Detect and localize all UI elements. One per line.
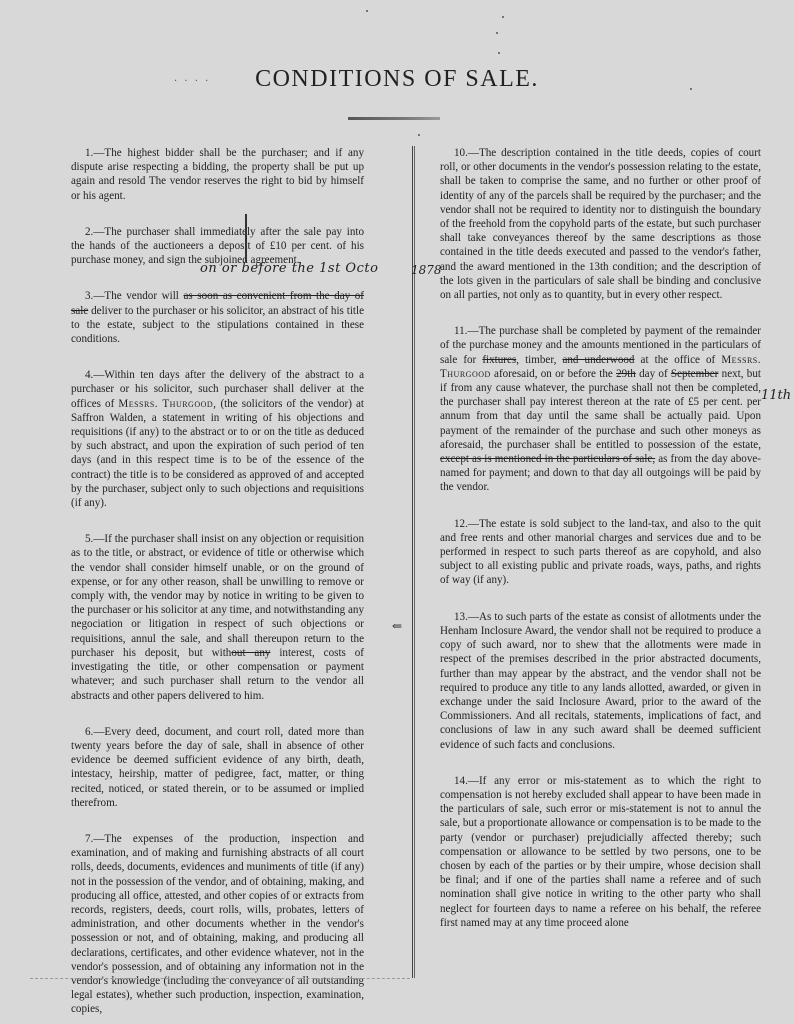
clause-text: —The description contained in the title … [440, 147, 761, 301]
scan-speck [496, 32, 498, 34]
document-page: · · · · CONDITIONS OF SALE. 1.—The highe… [0, 0, 794, 1024]
left-column: 1.—The highest bidder shall be the purch… [71, 146, 364, 1017]
struck-text: September [671, 368, 718, 380]
bottom-edge-mark [30, 978, 410, 979]
handwritten-margin-clause-11: 11th [761, 388, 791, 403]
struck-text: out any [231, 647, 270, 659]
clause-text: —Every deed, document, and court roll, d… [71, 726, 364, 809]
clause-text: —The estate is sold subject to the land-… [440, 518, 761, 587]
struck-text: fixtures [482, 354, 516, 366]
struck-text: except as is mentioned in the particular… [440, 453, 655, 465]
handwritten-year-clause-3: 1878 [411, 263, 442, 277]
clause-12: 12.—The estate is sold subject to the la… [440, 517, 761, 588]
scan-speck [366, 10, 368, 12]
clause-text: at the office of [634, 354, 721, 366]
clause-10: 10.—The description contained in the tit… [440, 146, 761, 302]
clause-5: 5.—If the purchaser shall insist on any … [71, 532, 364, 702]
clause-6: 6.—Every deed, document, and court roll,… [71, 725, 364, 810]
clause-7: 7.—The expenses of the production, inspe… [71, 832, 364, 1017]
clause-text: —The expenses of the production, inspect… [71, 833, 364, 1015]
clause-text: (the solicitors of the vendor) at Saffro… [71, 398, 364, 509]
clause-number: 13. [454, 611, 468, 623]
handwritten-arrow-mark: ⇐ [392, 619, 402, 633]
clause-text: —The highest bidder shall be the purchas… [71, 147, 364, 202]
scan-speck [690, 88, 692, 90]
clause-text: next, but if from any cause whatever, th… [440, 368, 761, 451]
scan-speck [498, 52, 500, 54]
clause-text: day of [636, 368, 671, 380]
clause-3: 3.—The vendor will as soon as convenient… [71, 289, 364, 346]
clause-text: deliver to the purchaser or his solicito… [71, 305, 364, 345]
struck-text: and underwood [562, 354, 634, 366]
clause-1: 1.—The highest bidder shall be the purch… [71, 146, 364, 203]
clause-number: 10. [454, 147, 468, 159]
title-underline-rule [348, 117, 440, 120]
clause-text: aforesaid, on or before the [491, 368, 616, 380]
clause-number: 14. [454, 775, 468, 787]
clause-text: —If any error or mis-statement as to whi… [440, 775, 761, 929]
clause-number: 12. [454, 518, 468, 530]
clause-14: 14.—If any error or mis-statement as to … [440, 774, 761, 930]
clause-text: —If the purchaser shall insist on any ob… [71, 533, 364, 659]
scan-speck [502, 16, 504, 18]
clause-text: —The vendor will [93, 290, 183, 302]
right-column: 10.—The description contained in the tit… [440, 146, 761, 930]
solicitor-name: Messrs. Thurgood, [118, 398, 216, 410]
clause-13: 13.—As to such parts of the estate as co… [440, 610, 761, 752]
clause-4: 4.—Within ten days after the delivery of… [71, 368, 364, 510]
clause-number: 11. [454, 325, 467, 337]
scan-speck [418, 134, 420, 136]
clause-11: 11.—The purchase shall be completed by p… [440, 324, 761, 494]
handwritten-insert-clause-3: on or before the 1st Octo [200, 261, 378, 276]
clause-text: —As to such parts of the estate as consi… [440, 611, 761, 751]
clause-text: , timber, [516, 354, 562, 366]
page-title: CONDITIONS OF SALE. [0, 66, 794, 93]
handwritten-caret-mark [245, 214, 247, 262]
struck-text: 29th [616, 368, 636, 380]
